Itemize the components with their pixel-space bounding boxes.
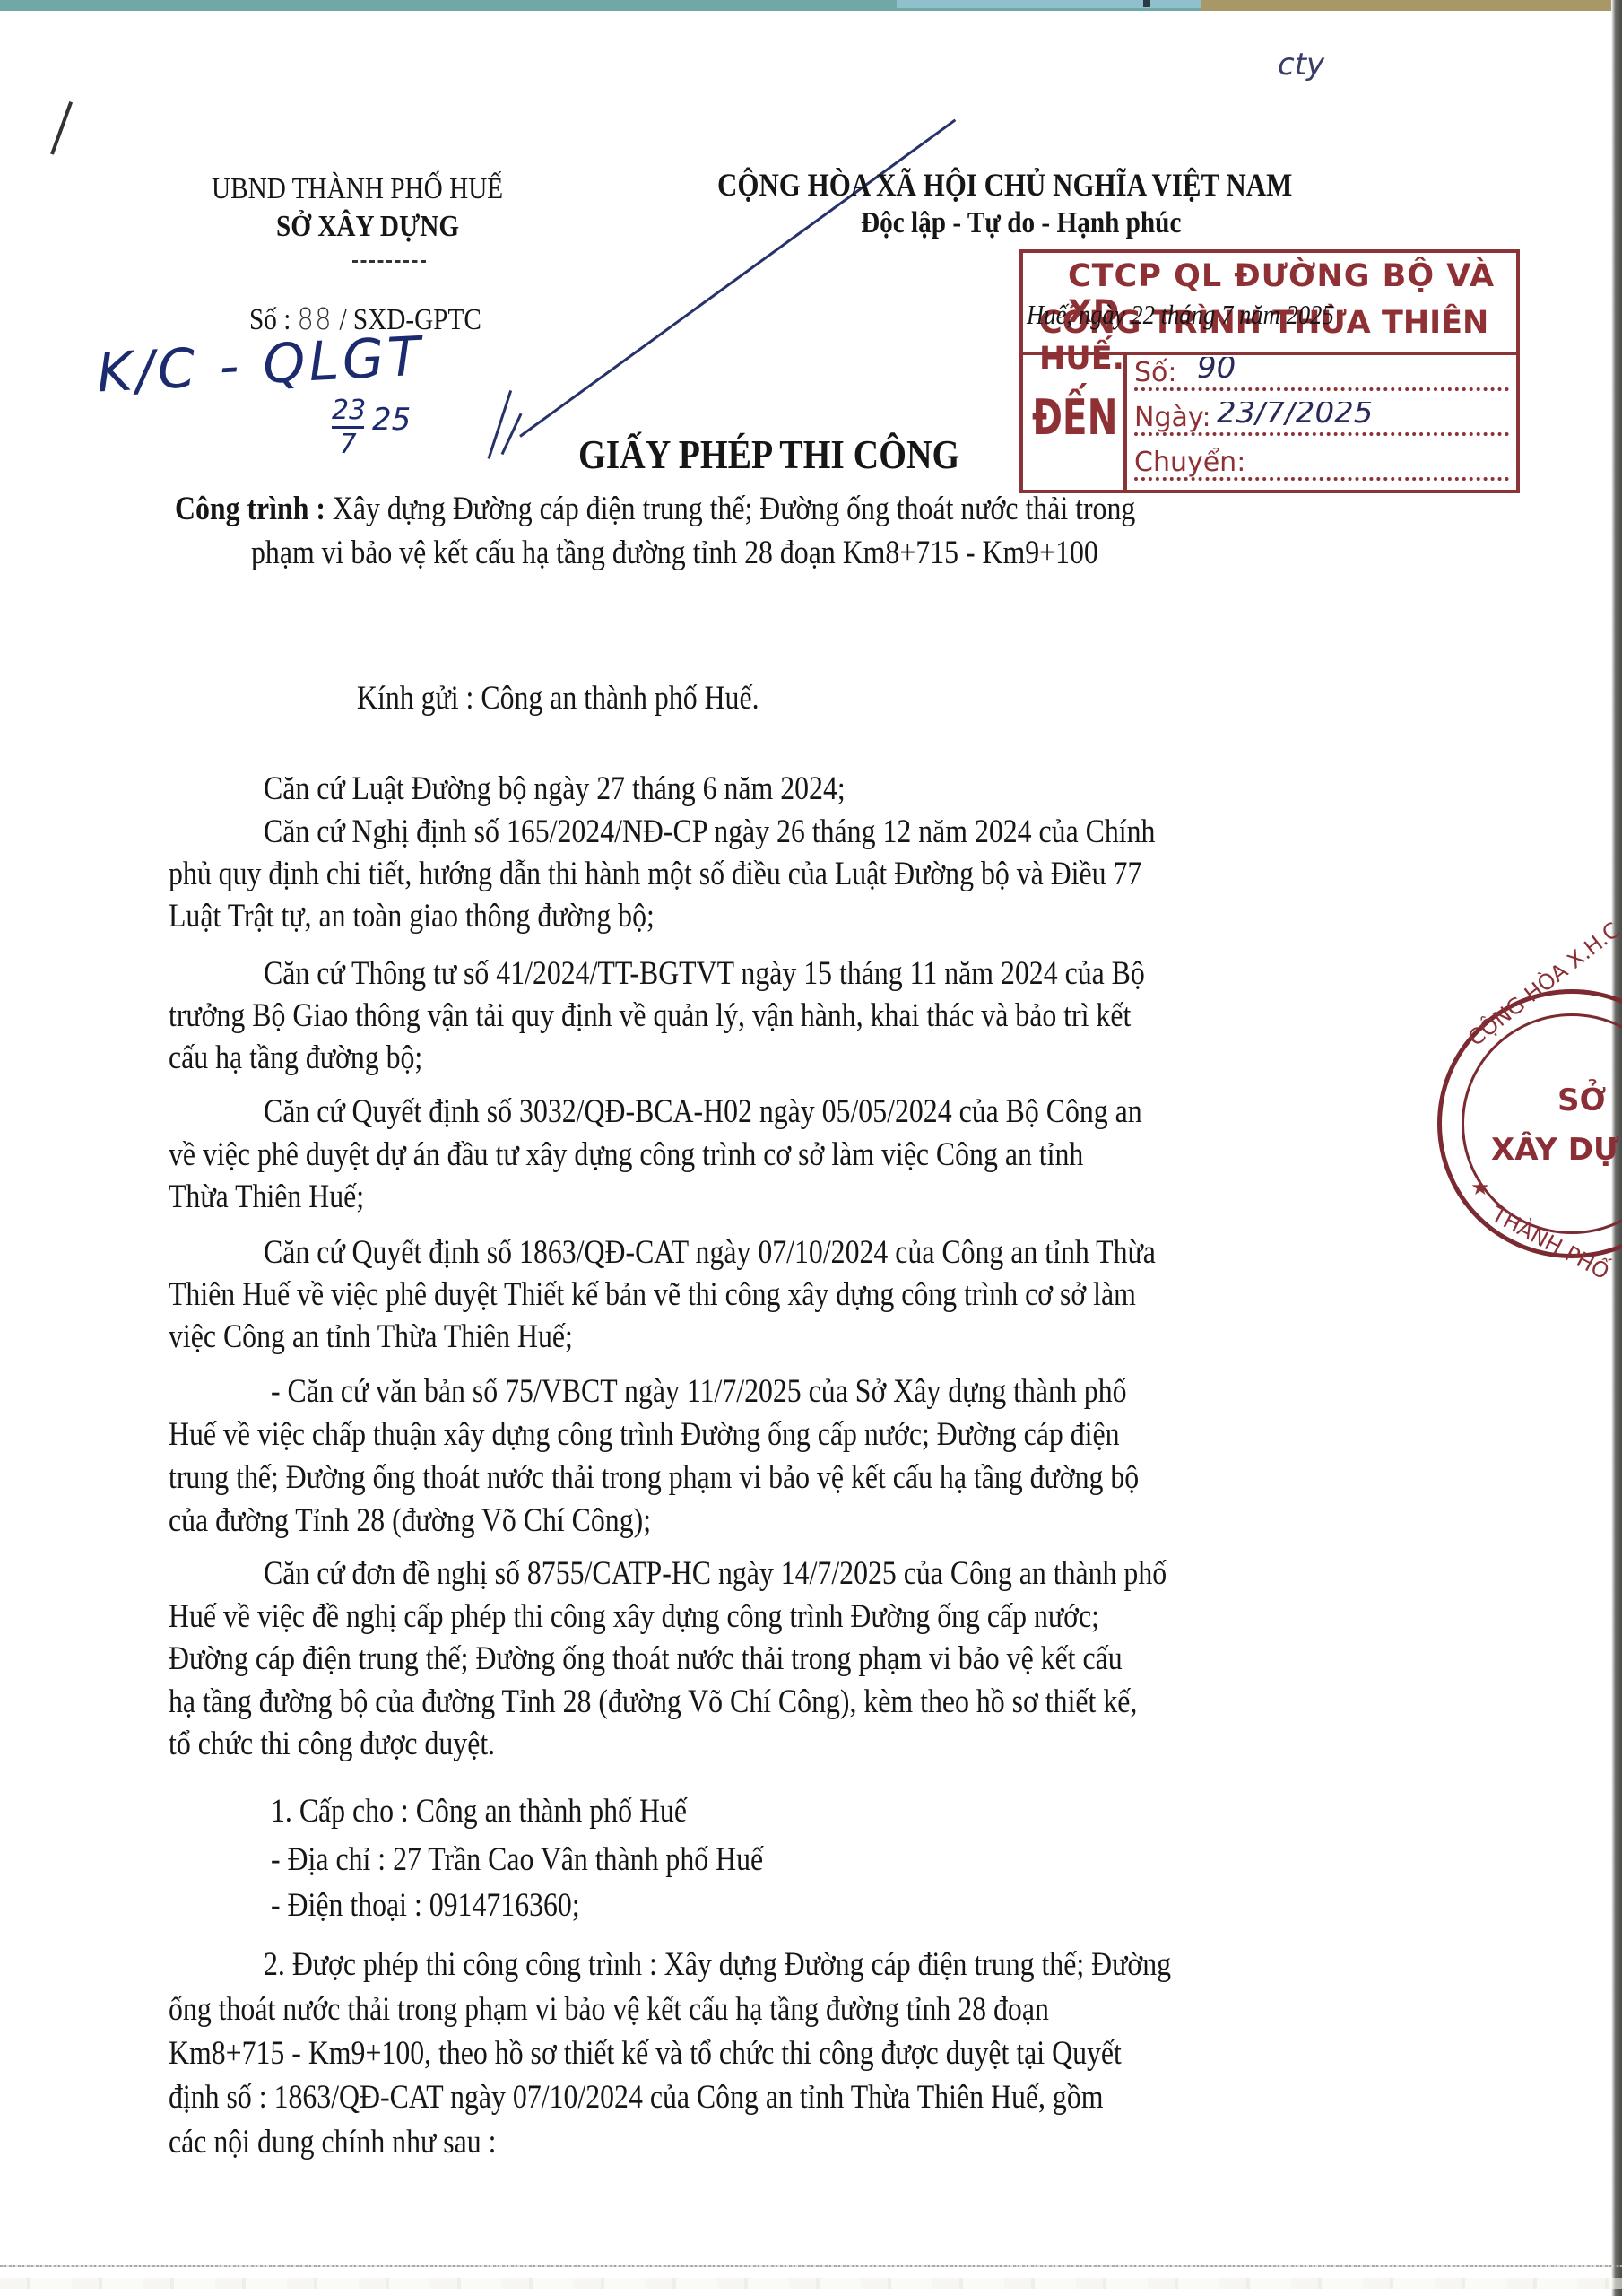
agency-name: SỞ XÂY DỰNG xyxy=(276,210,459,244)
scan-top-edge xyxy=(0,0,1622,13)
body-line: Huế về việc chấp thuận xây dựng công trì… xyxy=(169,1415,1120,1454)
body-line: Thừa Thiên Huế; xyxy=(169,1178,364,1216)
body-line: 2. Được phép thi công công trình : Xây d… xyxy=(264,1945,1171,1984)
body-line: định số : 1863/QĐ-CAT ngày 07/10/2024 củ… xyxy=(169,2078,1103,2117)
body-line: phủ quy định chi tiết, hướng dẫn thi hàn… xyxy=(169,855,1141,893)
handwritten-note-cty: cty xyxy=(1278,47,1324,83)
stamp-den-text: ĐẾN xyxy=(1032,389,1117,446)
pen-mark-left xyxy=(50,101,73,155)
body-line: - Địa chỉ : 27 Trần Cao Vân thành phố Hu… xyxy=(271,1840,763,1879)
stamp-field-date: Ngày: 23/7/2025 xyxy=(1134,402,1509,447)
issue-date: Huế, ngày 22 tháng 7 năm 2025 xyxy=(1027,299,1334,331)
stamp-field-label: Ngày: xyxy=(1134,402,1211,433)
project-line-1: Công trình : Xây dựng Đường cáp điện tru… xyxy=(175,490,1135,528)
body-line: - Căn cứ văn bản số 75/VBCT ngày 11/7/20… xyxy=(271,1372,1127,1411)
stamp-fields: Số: 90 Ngày: 23/7/2025 Chuyển: xyxy=(1134,357,1509,491)
body-line: - Điện thoại : 0914716360; xyxy=(271,1886,580,1925)
body-line: Căn cứ đơn đề nghị số 8755/CATP-HC ngày … xyxy=(264,1554,1167,1593)
body-line: ống thoát nước thải trong phạm vi bảo vệ… xyxy=(169,1990,1049,2029)
routing-day: 23 xyxy=(332,395,364,429)
scan-bottom-texture xyxy=(0,2278,1622,2289)
stamp-field-label: Số: xyxy=(1134,357,1177,388)
body-line: Căn cứ Quyết định số 3032/QĐ-BCA-H02 ngà… xyxy=(264,1092,1142,1131)
body-line: tổ chức thi công được duyệt. xyxy=(169,1725,495,1763)
body-line: Luật Trật tự, an toàn giao thông đường b… xyxy=(169,897,655,935)
stamp-field-number: Số: 90 xyxy=(1134,357,1509,402)
stamp-field-forward: Chuyển: xyxy=(1134,447,1509,491)
recipient: Kính gửi : Công an thành phố Huế. xyxy=(357,679,759,717)
document-title: GIẤY PHÉP THI CÔNG xyxy=(578,430,959,478)
signature-stroke-1 xyxy=(488,390,513,459)
national-motto: Độc lập - Tự do - Hạnh phúc xyxy=(861,206,1181,240)
seal-center-line1: SỞ xyxy=(1557,1083,1606,1118)
handwritten-routing-year: 25 xyxy=(372,402,411,438)
scan-bottom-edge xyxy=(0,2265,1622,2267)
body-line: hạ tầng đường bộ của đường Tỉnh 28 (đườn… xyxy=(169,1683,1137,1721)
stamp-field-value: 90 xyxy=(1197,357,1236,386)
stamp-received-label: ĐẾN xyxy=(1023,352,1127,490)
agency-parent: UBND THÀNH PHỐ HUẾ xyxy=(212,172,503,206)
national-title: CỘNG HÒA XÃ HỘI CHỦ NGHĨA VIỆT NAM xyxy=(717,166,1292,204)
project-label: Công trình : xyxy=(175,491,325,527)
seal-center-line2: XÂY DỰ xyxy=(1491,1132,1618,1168)
routing-month: 7 xyxy=(332,429,364,460)
body-line: Thiên Huế về việc phê duyệt Thiết kế bản… xyxy=(169,1275,1136,1314)
agency-divider xyxy=(352,260,426,263)
received-stamp: CTCP QL ĐƯỜNG BỘ VÀ XD CÔNG TRÌNH THỪA T… xyxy=(1019,249,1520,493)
stamp-field-value: 23/7/2025 xyxy=(1217,402,1373,430)
body-line: Đường cáp điện trung thế; Đường ống thoá… xyxy=(169,1639,1123,1678)
project-text-1: Xây dựng Đường cáp điện trung thế; Đường… xyxy=(325,491,1135,527)
body-line: 1. Cấp cho : Công an thành phố Huế xyxy=(271,1792,687,1831)
body-line: Căn cứ Thông tư số 41/2024/TT-BGTVT ngày… xyxy=(264,954,1145,993)
stamp-field-label: Chuyển: xyxy=(1134,447,1245,478)
handwritten-routing-note: K/C - QLGT xyxy=(95,325,425,404)
body-line: Km8+715 - Km9+100, theo hồ sơ thiết kế v… xyxy=(169,2034,1122,2073)
doc-number-label: Số : xyxy=(249,303,291,336)
body-line: Căn cứ Quyết định số 1863/QĐ-CAT ngày 07… xyxy=(264,1233,1156,1272)
body-line: trưởng Bộ Giao thông vận tải quy định về… xyxy=(169,996,1131,1035)
body-line: về việc phê duyệt dự án đầu tư xây dựng … xyxy=(169,1135,1083,1174)
body-line: việc Công an tỉnh Thừa Thiên Huế; xyxy=(169,1318,573,1356)
project-line-2: phạm vi bảo vệ kết cấu hạ tầng đường tỉn… xyxy=(251,534,1098,572)
body-line: Căn cứ Luật Đường bộ ngày 27 tháng 6 năm… xyxy=(264,770,846,808)
body-line: Căn cứ Nghị định số 165/2024/NĐ-CP ngày … xyxy=(264,813,1155,851)
handwritten-routing-date: 23 7 xyxy=(332,395,364,460)
body-line: trung thế; Đường ống thoát nước thải tro… xyxy=(169,1458,1139,1497)
seal-star-icon: ★ xyxy=(1470,1175,1490,1200)
body-line: Huế về việc đề nghị cấp phép thi công xâ… xyxy=(169,1597,1099,1636)
body-line: của đường Tỉnh 28 (đường Võ Chí Công); xyxy=(169,1501,651,1540)
body-line: cấu hạ tầng đường bộ; xyxy=(169,1039,422,1077)
body-line: các nội dung chính như sau : xyxy=(169,2123,496,2161)
